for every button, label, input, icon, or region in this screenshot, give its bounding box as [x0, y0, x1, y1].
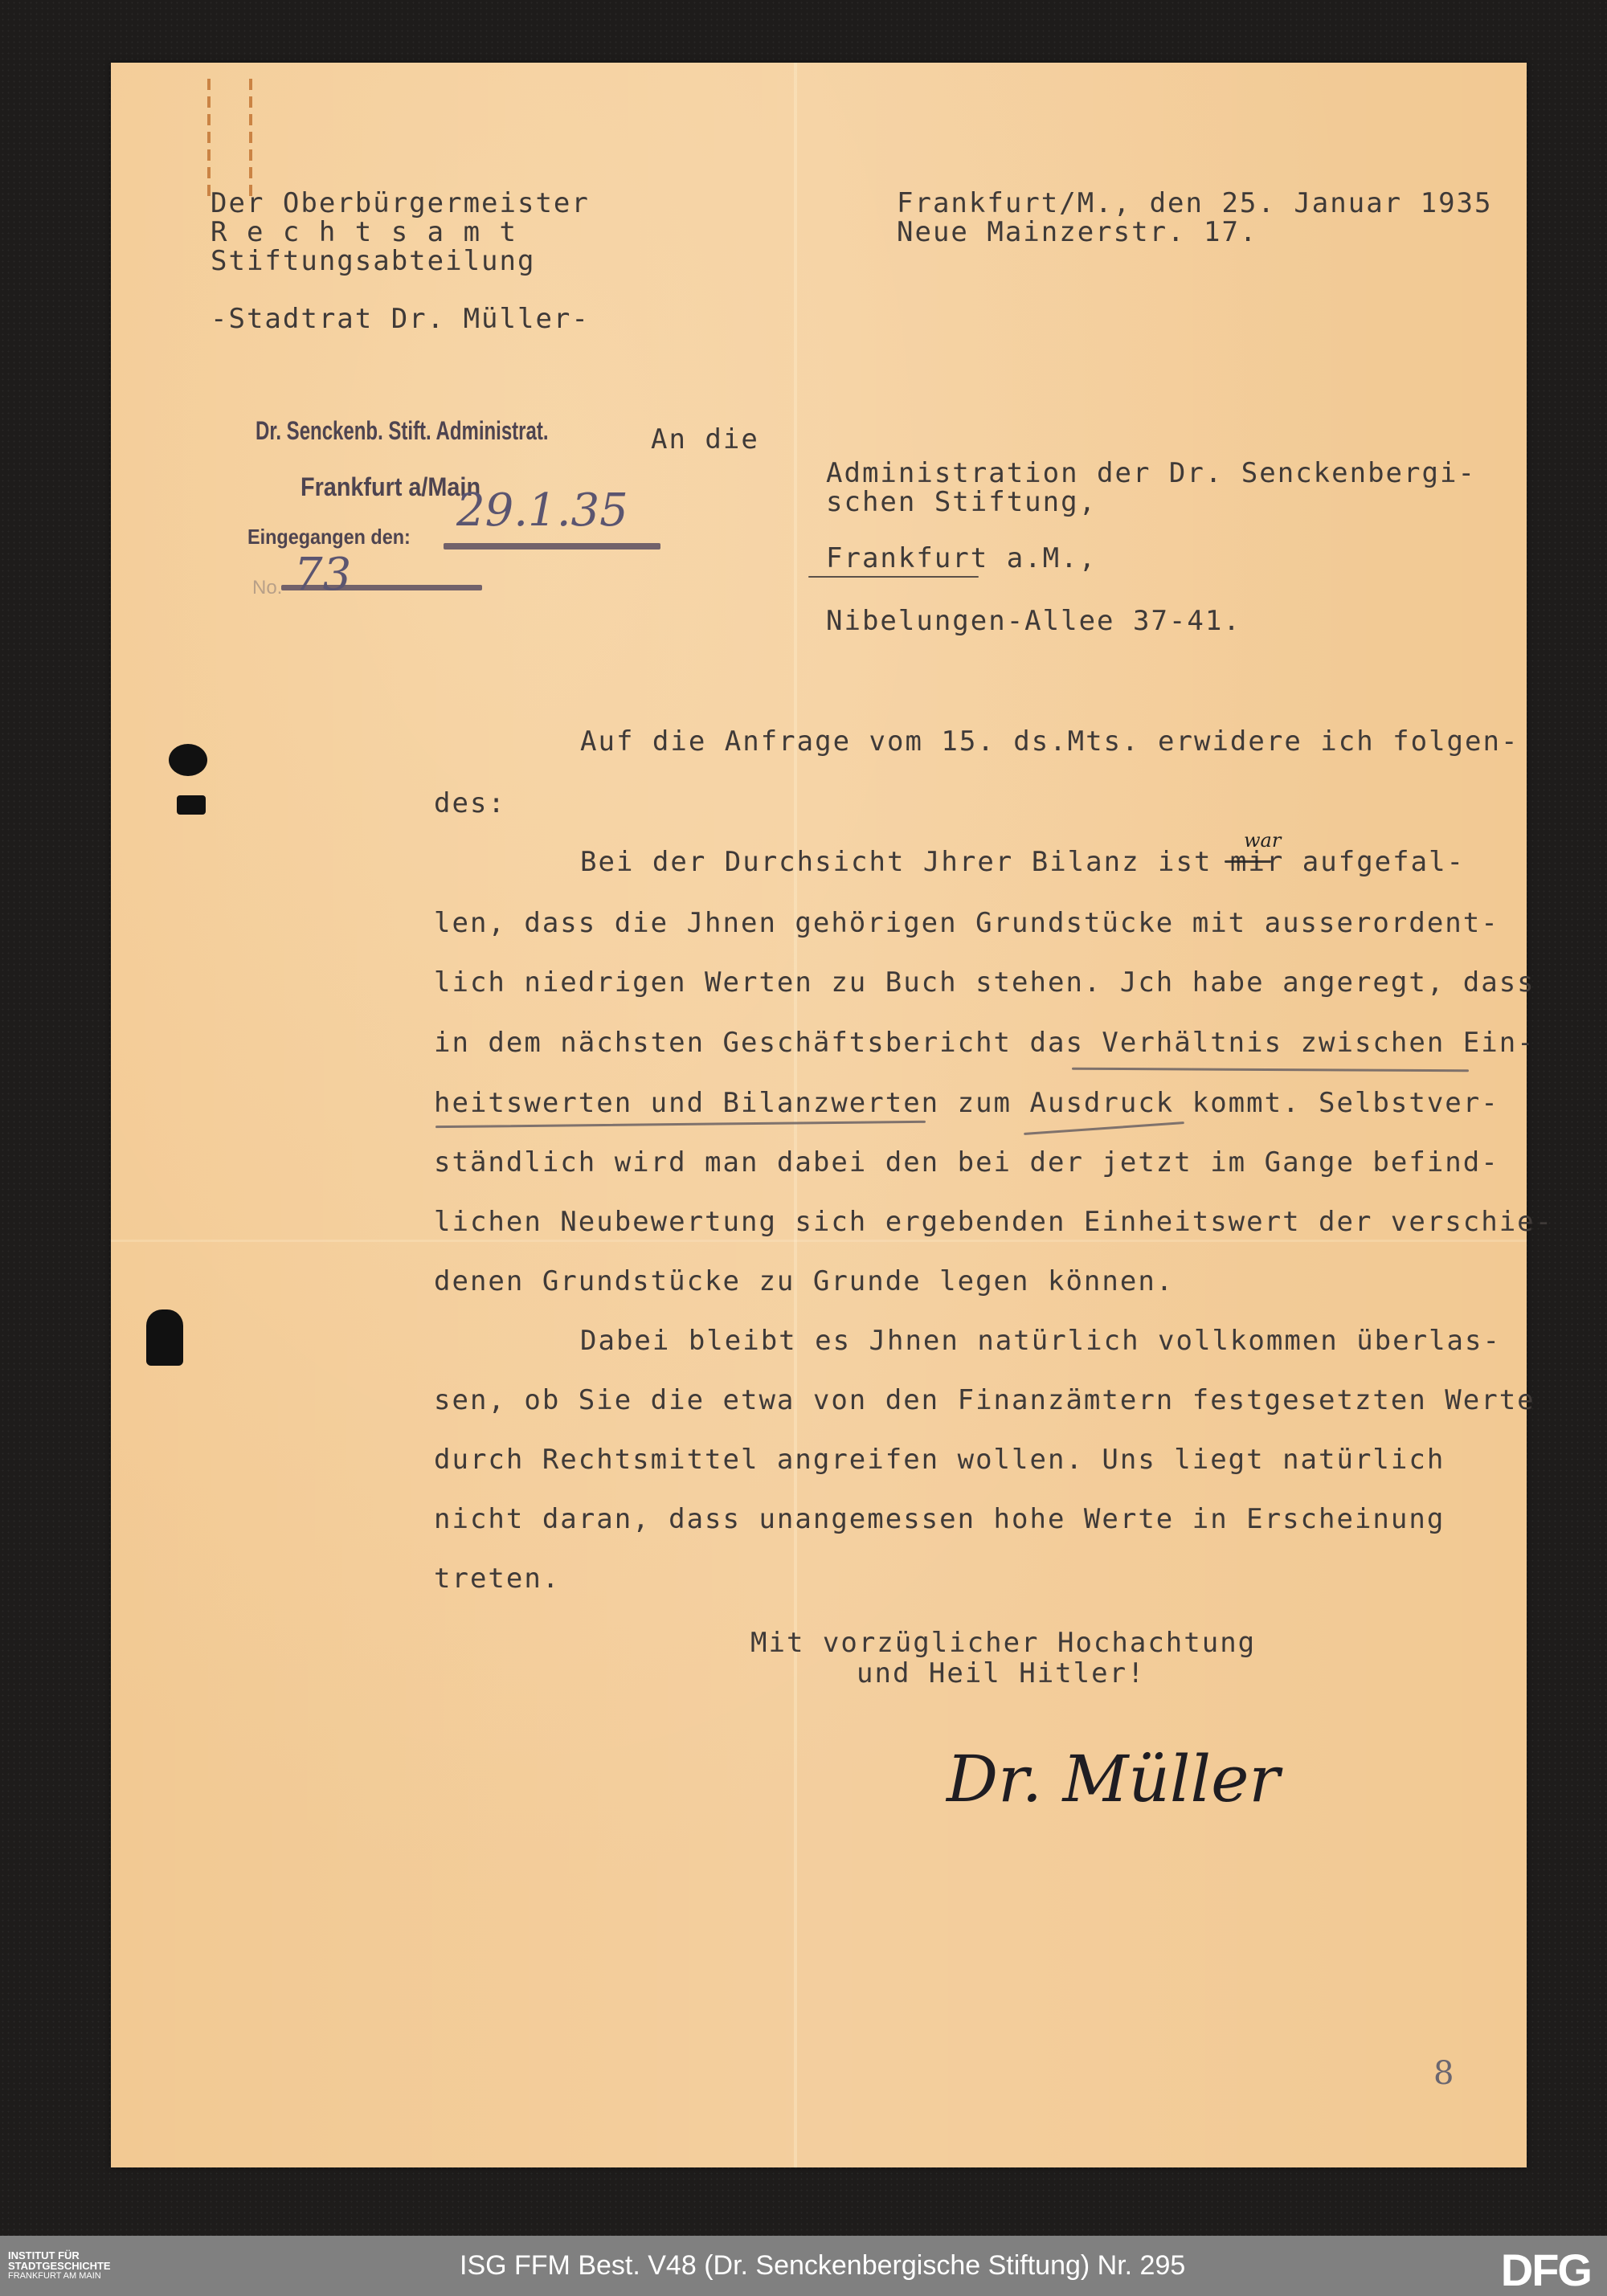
- stamp-line: Dr. Senckenb. Stift. Administrat.: [256, 416, 549, 446]
- recipient-city: Frankfurt a.M.,: [826, 545, 1097, 572]
- recipient-line: Administration der Dr. Senckenbergi-: [826, 460, 1476, 487]
- signature: Dr. Müller: [947, 1742, 1280, 1816]
- stamp-line: Frankfurt a/Main: [301, 472, 480, 502]
- closing-line: und Heil Hitler!: [857, 1660, 1146, 1687]
- received-date: 29.1.35: [456, 484, 628, 537]
- stamp-number-label: No.: [252, 577, 282, 599]
- dfg-logo: DFG: [1501, 2244, 1591, 2296]
- institute-city: FRANKFURT AM MAIN: [8, 2271, 111, 2282]
- place-date: Frankfurt/M., den 25. Januar 1935: [897, 190, 1493, 217]
- recipient-street: Nibelungen-Allee 37-41.: [826, 607, 1241, 635]
- body-line: heitswerten und Bilanzwerten zum Ausdruc…: [434, 1089, 1499, 1117]
- body-line: lich niedrigen Werten zu Buch stehen. Jc…: [434, 969, 1535, 996]
- pencil-underline: [1072, 1068, 1469, 1072]
- fold-line-horizontal: [111, 1240, 1527, 1242]
- body-line: durch Rechtsmittel angreifen wollen. Uns…: [434, 1446, 1445, 1473]
- city-underline: [808, 576, 979, 578]
- sender-address: Neue Mainzerstr. 17.: [897, 219, 1257, 246]
- punch-hole: [177, 795, 206, 815]
- stamp-line-rule: [444, 543, 660, 549]
- archive-footer: INSTITUT FÜR STADTGESCHICHTE FRANKFURT A…: [0, 2236, 1607, 2296]
- pencil-underline: [1024, 1121, 1184, 1135]
- body-line: denen Grundstücke zu Grunde legen können…: [434, 1268, 1174, 1295]
- strikethrough-mark: [1225, 860, 1271, 863]
- page-number: 8: [1433, 2055, 1454, 2092]
- sender-line: Der Oberbürgermeister: [211, 190, 590, 217]
- body-line: Bei der Durchsicht Jhrer Bilanz ist mir …: [580, 848, 1465, 876]
- body-line: treten.: [434, 1565, 560, 1592]
- punch-hole: [169, 744, 207, 776]
- body-line: lichen Neubewertung sich ergebenden Einh…: [434, 1208, 1553, 1236]
- red-margin-mark: [207, 79, 211, 199]
- body-line: len, dass die Jhnen gehörigen Grundstück…: [434, 909, 1499, 937]
- received-number: 73: [294, 549, 351, 601]
- sender-line: Stiftungsabteilung: [211, 247, 535, 275]
- institute-logo: INSTITUT FÜR STADTGESCHICHTE FRANKFURT A…: [8, 2250, 111, 2282]
- sender-contact: -Stadtrat Dr. Müller-: [211, 305, 590, 333]
- institute-name-line: STADTGESCHICHTE: [8, 2261, 111, 2271]
- body-line: Auf die Anfrage vom 15. ds.Mts. erwidere…: [580, 728, 1519, 755]
- body-line: in dem nächsten Geschäftsbericht das Ver…: [434, 1029, 1535, 1056]
- closing-line: Mit vorzüglicher Hochachtung: [750, 1629, 1256, 1657]
- recipient-salutation: An die: [651, 426, 759, 453]
- body-line: Dabei bleibt es Jhnen natürlich vollkomm…: [580, 1327, 1501, 1354]
- pencil-underline: [435, 1121, 926, 1128]
- stamp-received-label: Eingegangen den:: [247, 525, 411, 549]
- body-line: nicht daran, dass unangemessen hohe Wert…: [434, 1505, 1445, 1533]
- body-line: sen, ob Sie die etwa von den Finanzämter…: [434, 1387, 1535, 1414]
- recipient-line: schen Stiftung,: [826, 488, 1097, 516]
- archive-caption: ISG FFM Best. V48 (Dr. Senckenbergische …: [460, 2250, 1185, 2282]
- letter-page: Der Oberbürgermeister R e c h t s a m t …: [111, 63, 1527, 2167]
- sender-line: R e c h t s a m t: [211, 219, 517, 246]
- punch-hole: [146, 1309, 183, 1366]
- body-line: ständlich wird man dabei den bei der jet…: [434, 1149, 1499, 1176]
- body-line: des:: [434, 790, 506, 817]
- red-margin-mark: [249, 79, 252, 199]
